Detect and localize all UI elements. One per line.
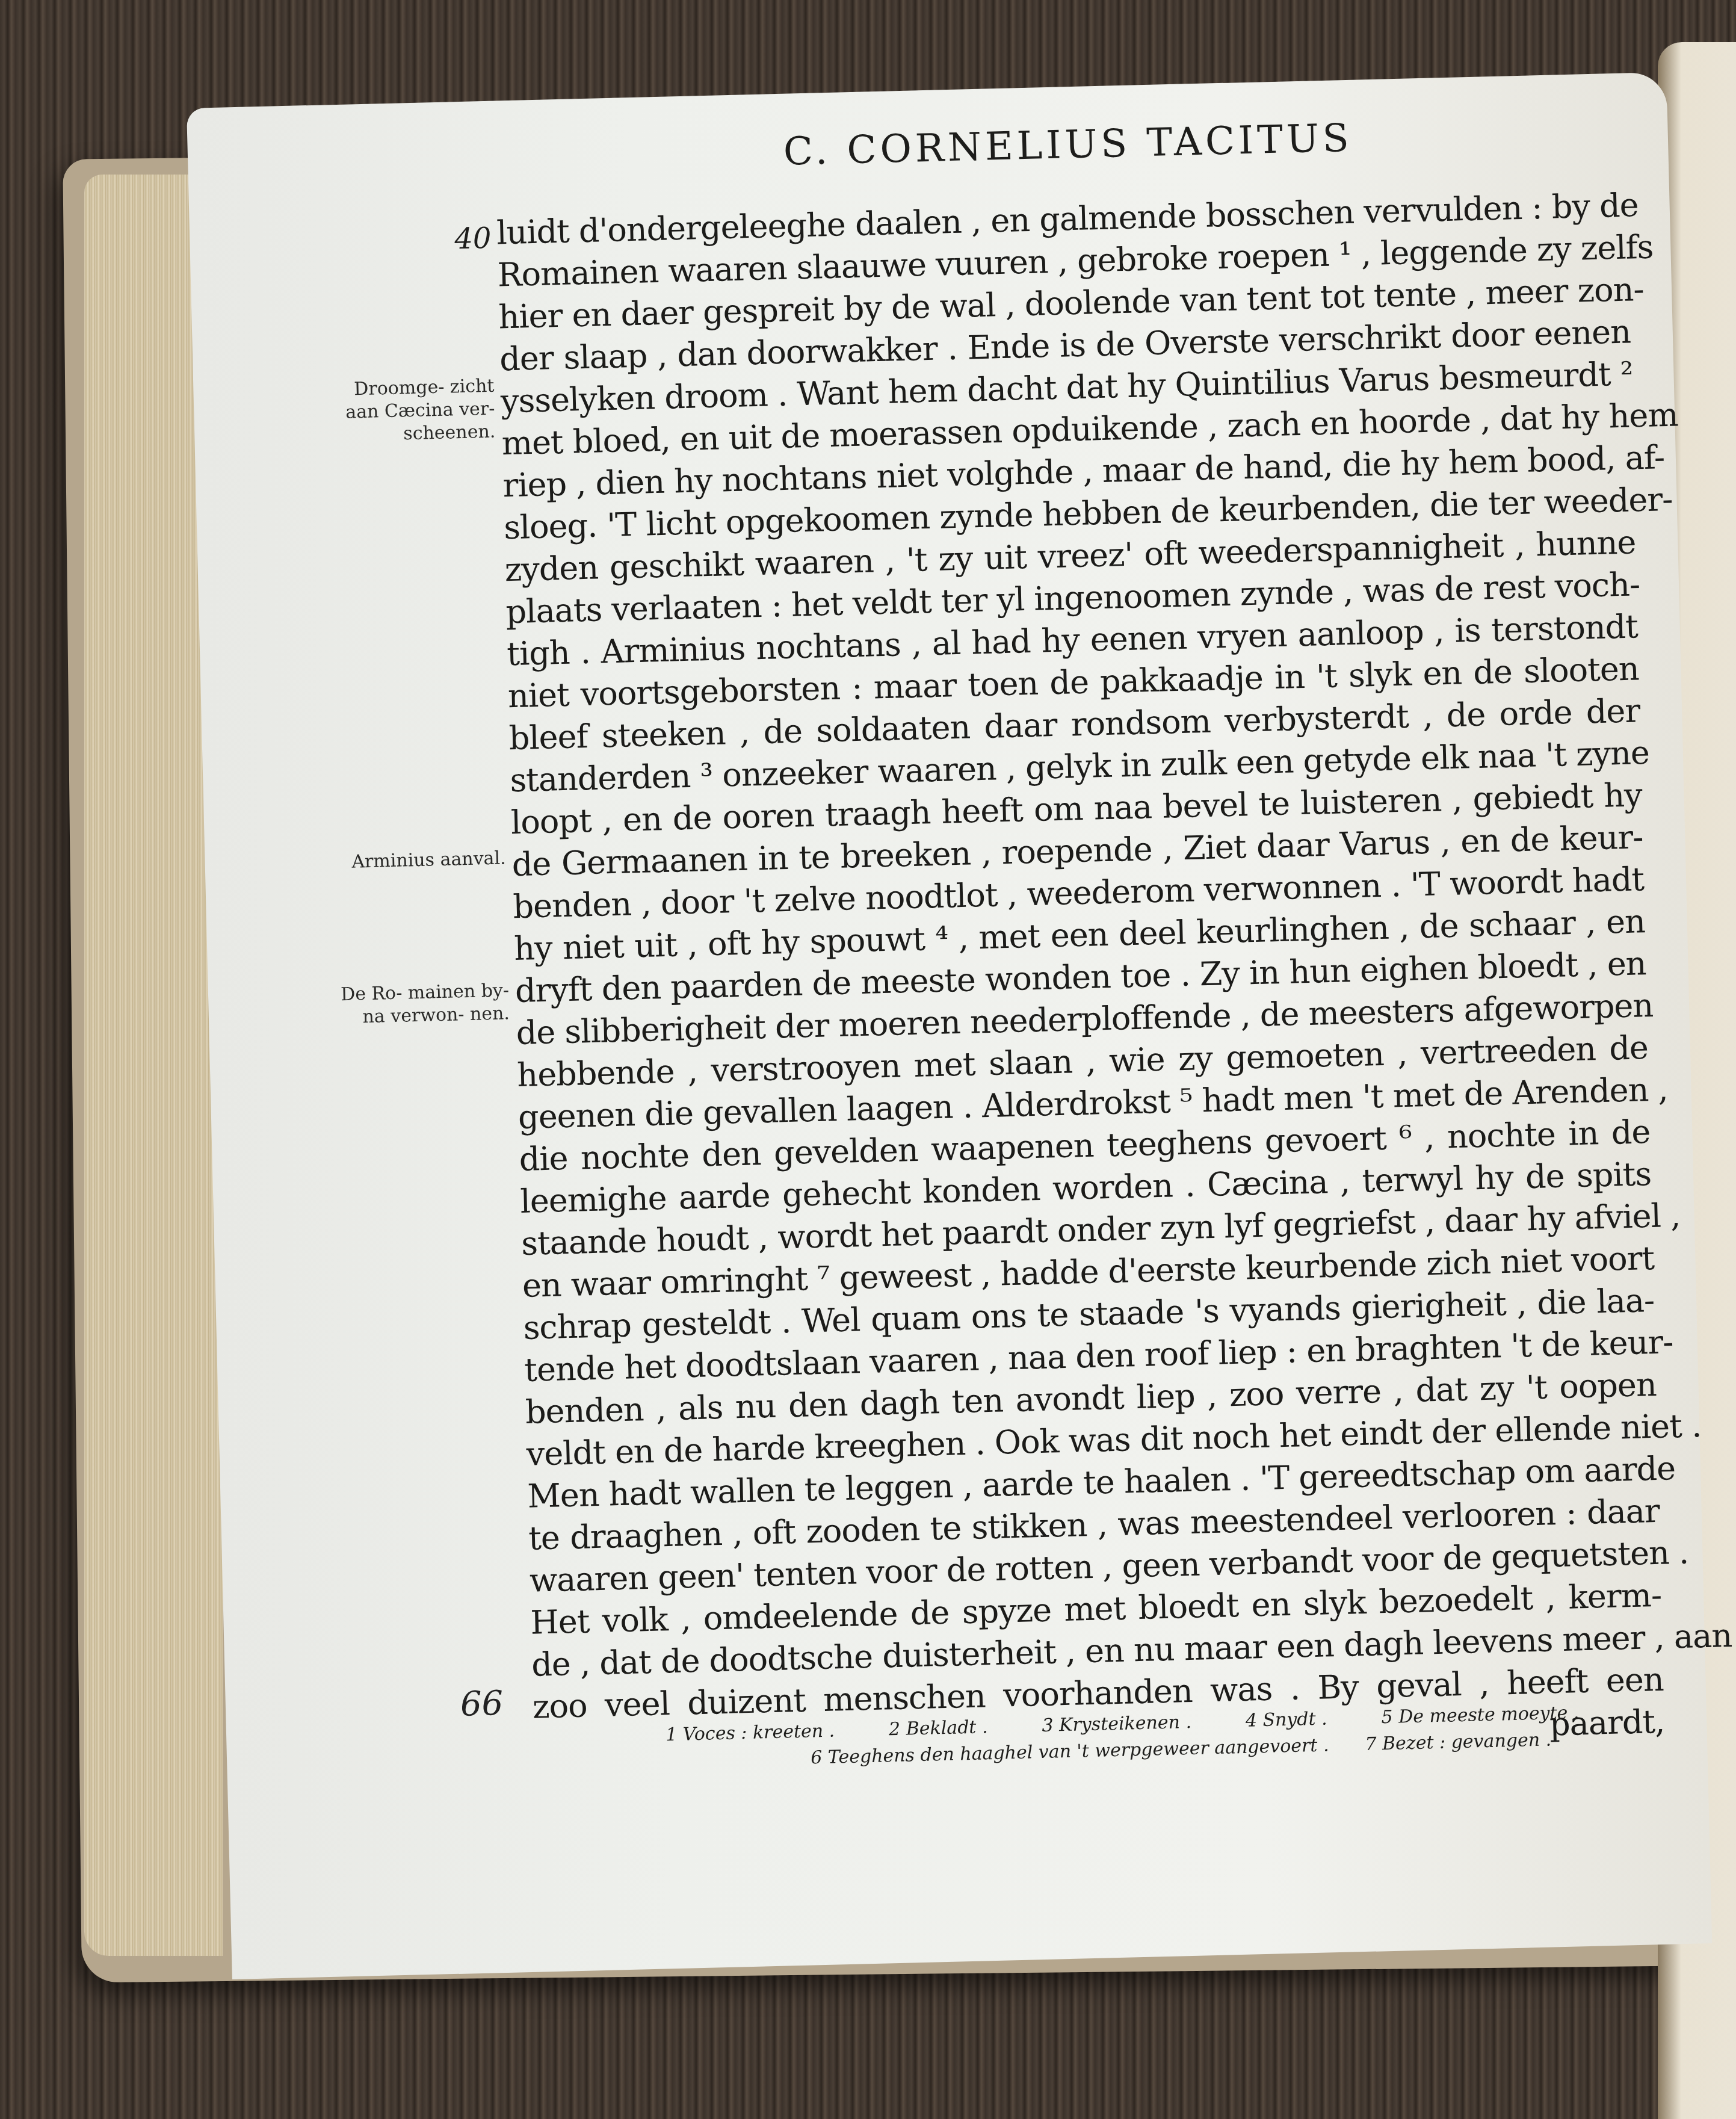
signature-mark: 66 [460,1684,504,1724]
footnote-4: 4 Snydt . [1245,1706,1327,1734]
margin-note-romans: De Ro- mainen by- na verwon- nen. [335,979,510,1029]
footnote-1: 1 Voces : kreeten . [666,1718,835,1748]
footnote-2: 2 Bekladt . [889,1714,988,1743]
footnote-3: 3 Krysteikenen . [1042,1709,1192,1739]
page-content: C. CORNELIUS TACITUS 40 Droomge- zicht a… [289,110,1625,142]
footnote-7: 7 Bezet : gevangen . [1365,1727,1552,1758]
running-head: C. CORNELIUS TACITUS [783,116,1353,175]
body-text: luidt d'ondergeleeghe daalen , en galmen… [496,185,1665,1771]
margin-note-arminius: Arminius aanval. [331,847,506,874]
page-number: 40 [454,221,492,256]
margin-note-dream: Droomge- zicht aan Cæcina ver- scheenen. [320,375,496,448]
book-page: C. CORNELIUS TACITUS 40 Droomge- zicht a… [187,72,1712,1979]
